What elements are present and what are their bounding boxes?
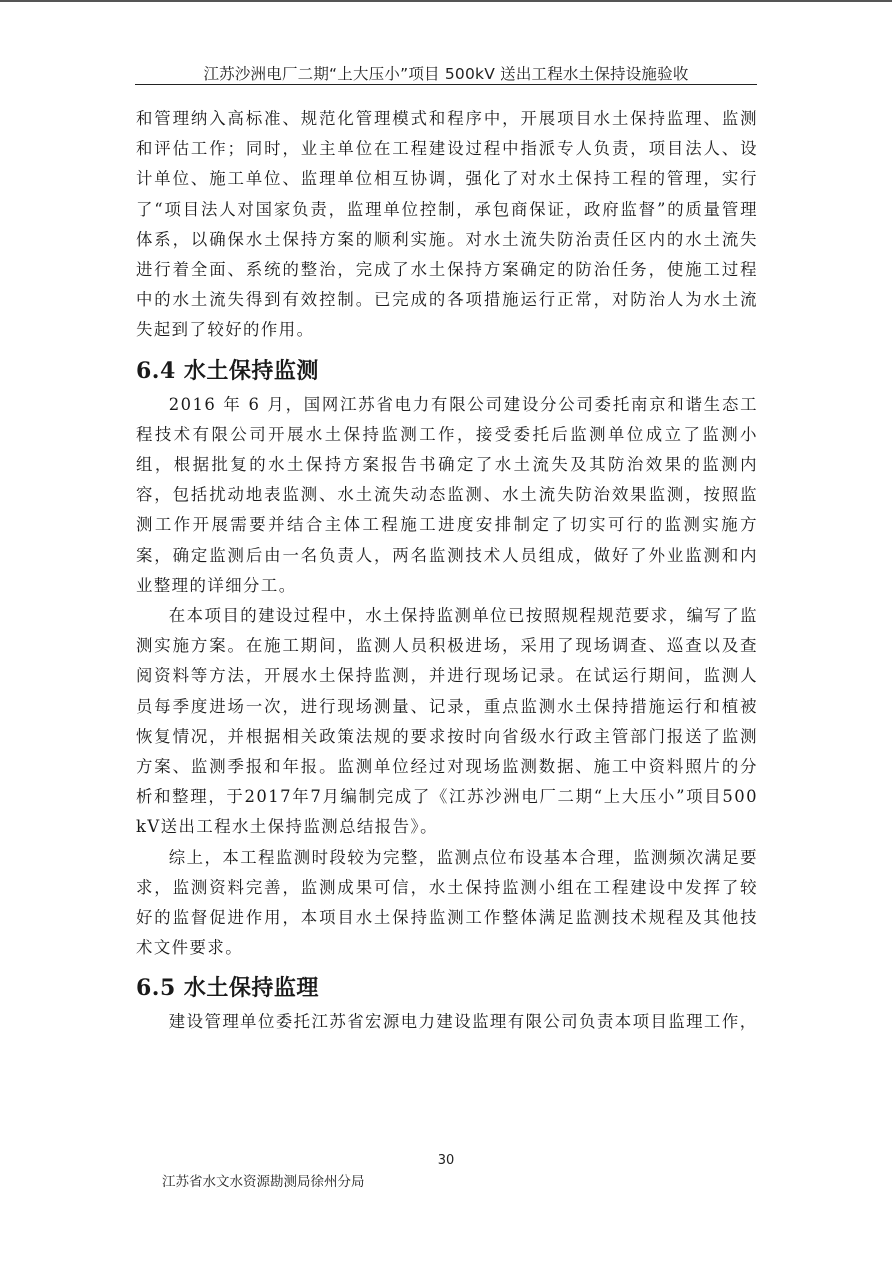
running-header-title: 江苏沙洲电厂二期“上大压小”项目 500kV 送出工程水土保持设施验收	[135, 62, 757, 84]
section-6-4-paragraph-1: 2016 年 6 月，国网江苏省电力有限公司建设分公司委托南京和谐生态工程技术有…	[136, 390, 758, 601]
header-divider	[135, 84, 757, 85]
page-top-border	[0, 0, 892, 2]
section-6-5-paragraph-1: 建设管理单位委托江苏省宏源电力建设监理有限公司负责本项目监理工作，	[136, 1007, 758, 1037]
section-6-4-paragraph-2: 在本项目的建设过程中，水土保持监测单位已按照规程规范要求，编写了监测实施方案。在…	[136, 601, 758, 843]
page-number: 30	[0, 1153, 892, 1168]
page-body: 和管理纳入高标准、规范化管理模式和程序中，开展项目水土保持监理、监测和评估工作；…	[136, 104, 758, 1038]
section-heading-6-5: 6.5 水土保持监理	[136, 969, 758, 1007]
footer-organization: 江苏省水文水资源勘测局徐州分局	[162, 1170, 365, 1190]
intro-paragraph: 和管理纳入高标准、规范化管理模式和程序中，开展项目水土保持监理、监测和评估工作；…	[136, 104, 758, 346]
section-heading-6-4: 6.4 水土保持监测	[136, 352, 758, 390]
section-6-4-paragraph-3: 综上，本工程监测时段较为完整，监测点位布设基本合理，监测频次满足要求，监测资料完…	[136, 843, 758, 964]
